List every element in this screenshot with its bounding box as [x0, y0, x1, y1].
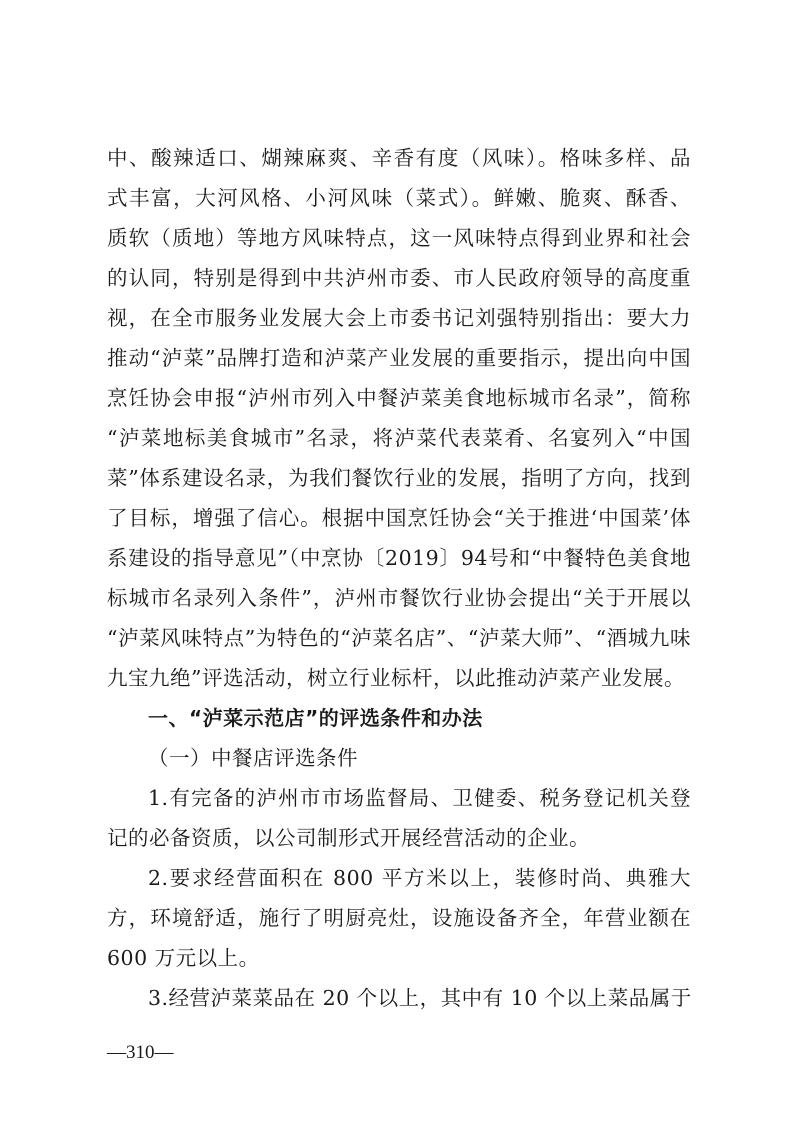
- paragraph-line: 式丰富，大河风格、小河风味（菜式）。鲜嫩、脆爽、酥香、: [107, 183, 691, 213]
- paragraph-line: 中、酸辣适口、煳辣麻爽、辛香有度（风味）。格味多样、品: [107, 143, 691, 173]
- subsection-heading: （一）中餐店评选条件: [148, 743, 691, 773]
- list-item-line: 记的必备资质，以公司制形式开展经营活动的企业。: [107, 823, 691, 853]
- paragraph-line: 的认同，特别是得到中共泸州市委、市人民政府领导的高度重: [107, 263, 691, 293]
- list-item-line: 3.经营泸菜菜品在 20 个以上，其中有 10 个以上菜品属于: [148, 983, 691, 1013]
- list-item-line: 600 万元以上。: [107, 943, 691, 973]
- paragraph-line: 质软（质地）等地方风味特点，这一风味特点得到业界和社会: [107, 223, 691, 253]
- paragraph-line: 了目标，增强了信心。根据中国烹饪协会“关于推进‘中国菜’体: [107, 503, 691, 533]
- document-page: 中、酸辣适口、煳辣麻爽、辛香有度（风味）。格味多样、品 式丰富，大河风格、小河风…: [0, 0, 793, 1122]
- paragraph-line: 九宝九绝”评选活动，树立行业标杆，以此推动泸菜产业发展。: [107, 663, 691, 693]
- paragraph-line: 烹饪协会申报“泸州市列入中餐泸菜美食地标城市名录”，简称: [107, 383, 691, 413]
- paragraph-line: 系建设的指导意见”（中烹协〔2019〕94号和“中餐特色美食地: [107, 543, 691, 573]
- list-item-line: 1.有完备的泸州市市场监督局、卫健委、税务登记机关登: [148, 783, 691, 813]
- section-heading: 一、“泸菜示范店”的评选条件和办法: [148, 703, 691, 733]
- list-item-line: 2.要求经营面积在 800 平方米以上，装修时尚、典雅大: [148, 863, 691, 893]
- paragraph-line: 菜”体系建设名录，为我们餐饮行业的发展，指明了方向，找到: [107, 463, 691, 493]
- paragraph-line: 视，在全市服务业发展大会上市委书记刘强特别指出：要大力: [107, 303, 691, 333]
- paragraph-line: “泸菜风味特点”为特色的“泸菜名店”、“泸菜大师”、“酒城九味: [107, 623, 691, 653]
- paragraph-line: 标城市名录列入条件”，泸州市餐饮行业协会提出“关于开展以: [107, 583, 691, 613]
- list-item-line: 方，环境舒适，施行了明厨亮灶，设施设备齐全，年营业额在: [107, 903, 691, 933]
- page-number: —310—: [107, 1042, 174, 1064]
- paragraph-line: 推动“泸菜”品牌打造和泸菜产业发展的重要指示，提出向中国: [107, 343, 691, 373]
- paragraph-line: “泸菜地标美食城市”名录，将泸菜代表菜肴、名宴列入“中国: [107, 423, 691, 453]
